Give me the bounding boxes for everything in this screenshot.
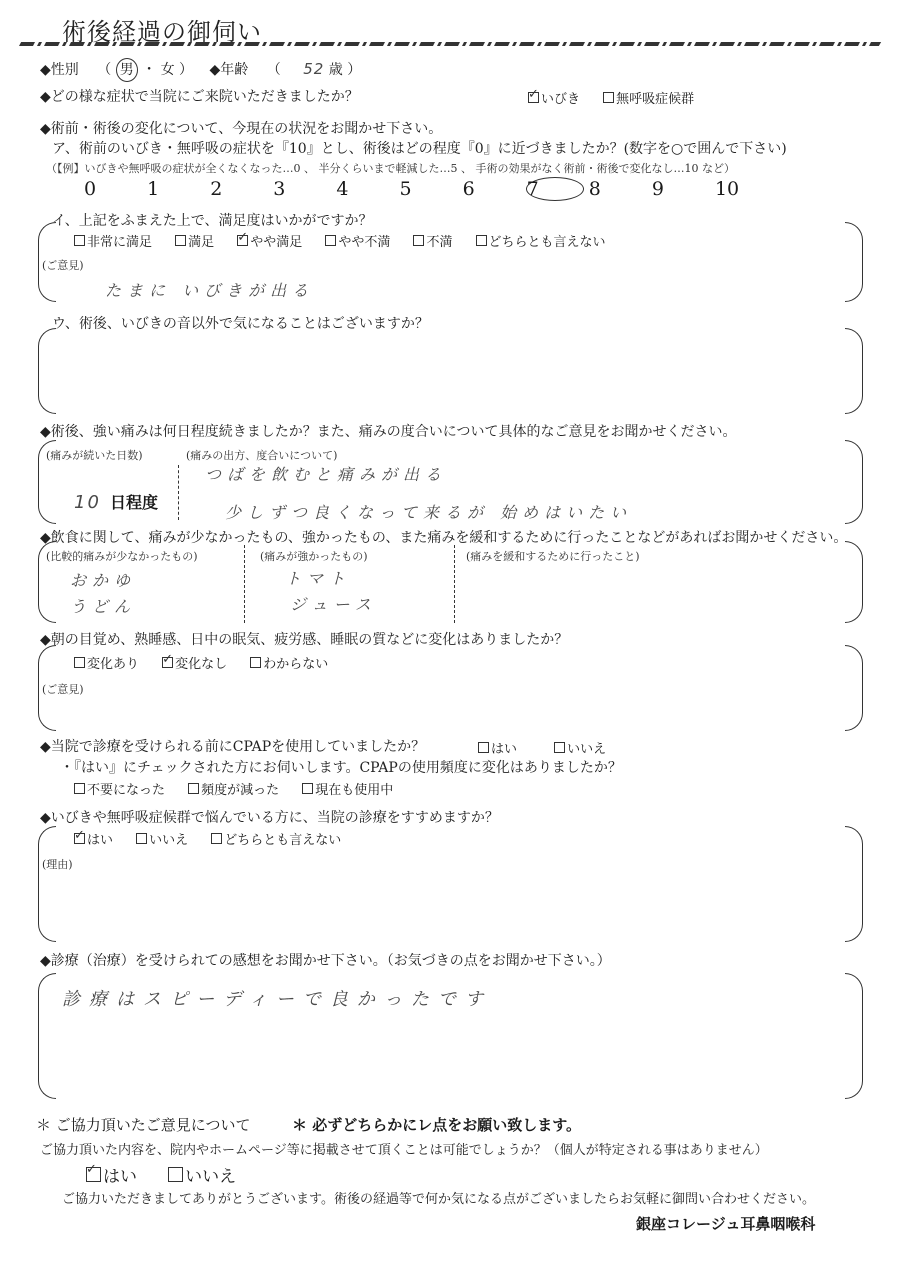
pain-days-label: (痛みが続いた日数) (46, 447, 143, 463)
checkbox-icon[interactable] (603, 92, 614, 103)
pain-detail-line-1[interactable]: つばを飲むと痛みが出る (205, 462, 447, 485)
age-label: ◆年齢 (210, 62, 249, 78)
pain-days-field: 10 日程度 (74, 490, 158, 513)
consent-option-yes[interactable]: はい (86, 1162, 137, 1187)
bracket-left (38, 826, 56, 942)
checkbox-icon[interactable] (302, 783, 313, 794)
symptoms-options: いびき 無呼吸症候群 (528, 88, 712, 107)
bracket-left (38, 973, 56, 1099)
diet-less-pain-label: (比較的痛みが少なかったもの) (46, 548, 198, 564)
checkbox-checked-icon[interactable] (86, 1167, 101, 1182)
checkbox-icon[interactable] (175, 235, 186, 246)
satisfaction-neither[interactable]: どちらとも言えない (476, 231, 606, 250)
cpap-options: はい いいえ (478, 738, 624, 757)
satisfaction-somewhat-satisfied[interactable]: やや満足 (237, 231, 302, 250)
diet-divider-1 (244, 545, 245, 623)
scale-0[interactable]: 0 (84, 178, 142, 200)
sleep-option-changed[interactable]: 変化あり (74, 653, 139, 672)
checkbox-checked-icon[interactable] (528, 92, 539, 103)
scale-1[interactable]: 1 (147, 178, 205, 200)
other-concerns-answer-area[interactable] (60, 335, 840, 409)
symptoms-question: ◆どの様な症状で当院にご来院いただきましたか？ (40, 86, 359, 106)
checkbox-icon[interactable] (476, 235, 487, 246)
sleep-opinion-label: (ご意見) (42, 681, 84, 697)
pain-question: ◆術後、強い痛みは何日程度続きましたか？また、痛みの度合いについて具体的なご意見… (40, 421, 736, 441)
scale-4[interactable]: 4 (336, 178, 394, 200)
pain-detail-label: (痛みの出方、度合いについて) (186, 447, 337, 463)
age-unit: 歳 (329, 62, 343, 78)
diet-strong-pain-item-1[interactable]: トマト (285, 566, 351, 589)
gender-age-row: ◆性別 （ 男 ・ 女 ） ◆年齢 （ 52 歳 ） (40, 58, 361, 82)
gender-label: ◆性別 (40, 62, 79, 78)
pain-divider (178, 465, 179, 520)
bracket-right (845, 645, 863, 731)
gender-option-female[interactable]: 女 (161, 62, 175, 78)
checkbox-icon[interactable] (74, 235, 85, 246)
bracket-right (845, 328, 863, 414)
satisfaction-question: イ、上記をふまえた上で、満足度はいかがですか？ (52, 210, 372, 230)
consent-options: はい いいえ (86, 1162, 262, 1187)
cpap-followup-still-using[interactable]: 現在も使用中 (302, 779, 393, 798)
bracket-right (845, 541, 863, 623)
recommend-option-neither[interactable]: どちらとも言えない (211, 829, 341, 848)
change-heading: ◆術前・術後の変化について、今現在の状況をお聞かせ下さい。 (40, 118, 442, 138)
diet-strong-pain-label: (痛みが強かったもの) (260, 548, 368, 564)
scale-7-selected[interactable]: 7 (526, 177, 584, 201)
consent-option-no[interactable]: いいえ (168, 1162, 236, 1187)
satisfaction-satisfied[interactable]: 満足 (175, 231, 214, 250)
scale-6[interactable]: 6 (463, 178, 521, 200)
consent-heading-b: ＊ 必ずどちらかにレ点をお願い致します。 (292, 1114, 581, 1135)
gender-option-male[interactable]: 男 (116, 58, 138, 82)
recommend-reason-label: (理由) (42, 856, 73, 872)
checkbox-icon[interactable] (413, 235, 424, 246)
checkbox-icon[interactable] (554, 742, 565, 753)
diet-less-pain-item-1[interactable]: おかゆ (70, 568, 136, 591)
sleep-question: ◆朝の目覚め、熟睡感、日中の眠気、疲労感、睡眠の質などに変化はありましたか？ (40, 629, 568, 649)
diet-divider-2 (454, 545, 455, 623)
cpap-followup-not-needed[interactable]: 不要になった (74, 779, 165, 798)
diet-less-pain-item-2[interactable]: うどん (70, 594, 136, 617)
symptom-option-snoring[interactable]: いびき (528, 88, 580, 107)
cpap-followup-question: ・『はい』にチェックされた方にお伺いします。CPAPの使用頻度に変化はありました… (60, 757, 622, 777)
sleep-options: 変化あり 変化なし わからない (74, 653, 346, 672)
checkbox-icon[interactable] (74, 783, 85, 794)
pain-days-suffix: 日程度 (110, 493, 158, 512)
recommend-option-no[interactable]: いいえ (136, 829, 188, 848)
pain-days-value[interactable]: 10 (74, 492, 101, 513)
cpap-followup-reduced[interactable]: 頻度が減った (188, 779, 279, 798)
bracket-left (38, 328, 56, 414)
clinic-name: 銀座コレージュ耳鼻咽喉科 (636, 1213, 815, 1234)
checkbox-icon[interactable] (211, 833, 222, 844)
scale-9[interactable]: 9 (652, 178, 710, 200)
scale-5[interactable]: 5 (399, 178, 457, 200)
cpap-option-no[interactable]: いいえ (554, 738, 606, 757)
checkbox-icon[interactable] (250, 657, 261, 668)
diet-strong-pain-item-2[interactable]: ジュース (290, 592, 377, 615)
diet-relief-label: (痛みを緩和するために行ったこと) (466, 548, 640, 564)
scale-3[interactable]: 3 (273, 178, 331, 200)
checkbox-checked-icon[interactable] (74, 833, 85, 844)
recommend-option-yes[interactable]: はい (74, 829, 113, 848)
recommend-question: ◆いびきや無呼吸症候群で悩んでいる方に、当院の診療をすすめますか？ (40, 807, 499, 827)
change-a-example: （【例】いびきや無呼吸の症状が全くなくなった…0 、 半分くらいまで軽減した…5… (46, 160, 735, 176)
impression-handwritten[interactable]: 診療はスピーディーで良かったです (62, 985, 492, 1011)
bracket-right (845, 440, 863, 524)
sleep-option-unknown[interactable]: わからない (250, 653, 328, 672)
bracket-right (845, 826, 863, 942)
checkbox-icon[interactable] (188, 783, 199, 794)
checkbox-icon[interactable] (136, 833, 147, 844)
consent-question: ご協力頂いた内容を、院内やホームページ等に掲載させて頂くことは可能でしょうか？（… (40, 1139, 768, 1158)
symptom-option-apnea[interactable]: 無呼吸症候群 (603, 88, 694, 107)
checkbox-icon[interactable] (168, 1167, 183, 1182)
other-concerns-question: ウ、術後、いびきの音以外で気になることはございますか？ (52, 313, 429, 333)
diet-question: ◆飲食に関して、痛みが少なかったもの、強かったもの、また痛みを緩和するために行っ… (40, 527, 847, 547)
scale-10[interactable]: 10 (715, 178, 773, 200)
diet-relief-answer-area[interactable] (470, 566, 830, 616)
cpap-followup-options: 不要になった 頻度が減った 現在も使用中 (74, 779, 411, 798)
scale-2[interactable]: 2 (210, 178, 268, 200)
checkbox-checked-icon[interactable] (162, 657, 173, 668)
sleep-option-no-change[interactable]: 変化なし (162, 653, 227, 672)
cpap-option-yes[interactable]: はい (478, 738, 517, 757)
checkbox-checked-icon[interactable] (237, 235, 248, 246)
age-value[interactable]: 52 (303, 60, 324, 78)
scale-8[interactable]: 8 (589, 178, 647, 200)
recommend-options: はい いいえ どちらとも言えない (74, 829, 359, 848)
satisfaction-opinion-handwritten[interactable]: たまに いびきが出る (105, 278, 314, 301)
opinion-label: (ご意見) (42, 257, 84, 273)
checkbox-icon[interactable] (74, 657, 85, 668)
checkbox-icon[interactable] (325, 235, 336, 246)
impression-question: ◆診療（治療）を受けられての感想をお聞かせ下さい。（お気づきの点をお聞かせ下さい… (40, 950, 611, 970)
title-divider (19, 42, 881, 46)
pain-detail-line-2[interactable]: 少しずつ良くなって来るが 始めはいたい (225, 500, 632, 523)
satisfaction-very-satisfied[interactable]: 非常に満足 (74, 231, 152, 250)
thanks-message: ご協力いただきましてありがとうございます。術後の経過等で何か気になる点がございま… (62, 1188, 815, 1207)
checkbox-icon[interactable] (478, 742, 489, 753)
satisfaction-somewhat-dissatisfied[interactable]: やや不満 (325, 231, 390, 250)
bracket-right (845, 973, 863, 1099)
satisfaction-dissatisfied[interactable]: 不満 (413, 231, 452, 250)
bracket-right (845, 222, 863, 302)
satisfaction-options: 非常に満足 満足 やや満足 やや不満 不満 どちらとも言えない (74, 231, 624, 250)
change-a-question: ア、術前のいびき・無呼吸の症状を『10』とし、術後はどの程度『0』に近づきました… (52, 138, 787, 158)
improvement-scale: 0 1 2 3 4 5 6 7 8 9 10 (84, 177, 773, 201)
consent-heading-a: ＊ ご協力頂いたご意見について (36, 1114, 250, 1135)
cpap-question: ◆当院で診療を受けられる前にCPAPを使用していましたか？ (40, 736, 425, 756)
